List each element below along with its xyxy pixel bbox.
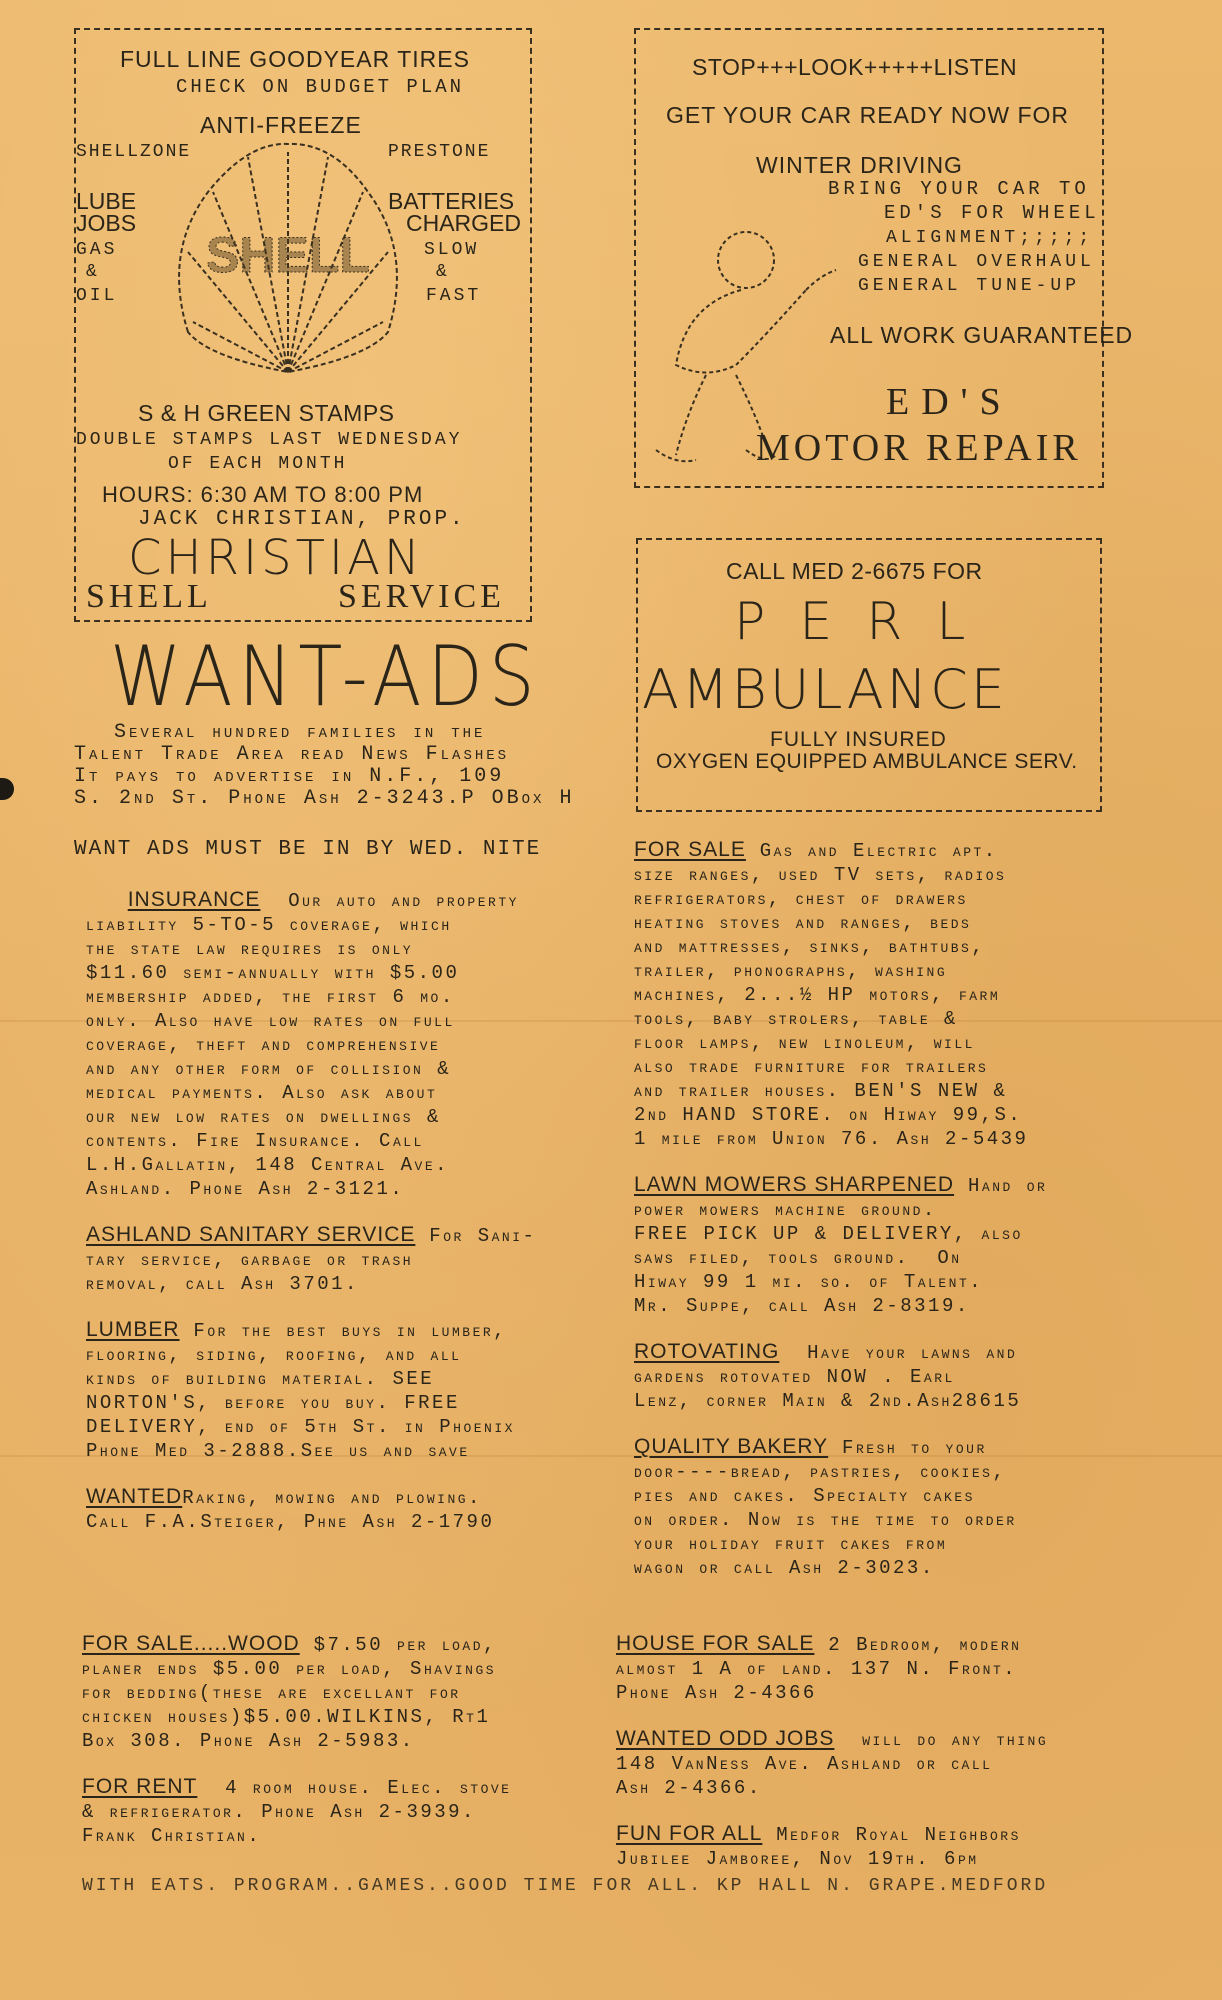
christian-shell-ad: FULL LINE GOODYEAR TIRES CHECK ON BUDGET…	[74, 28, 532, 622]
ad-line: and mattresses, sinks, bathtubs,	[634, 935, 1047, 959]
deadline-notice: WANT ADS MUST BE IN BY WED. NITE	[74, 838, 541, 861]
guarantee: ALL WORK GUARANTEED	[830, 322, 1133, 349]
ad-headline: STOP+++LOOK+++++LISTEN	[692, 54, 1017, 81]
ad-line: the state law requires is only	[86, 937, 536, 961]
ad-line: tools, baby strolers, table &	[634, 1007, 1047, 1031]
and-label: &	[86, 262, 99, 282]
right-column-ads: FOR SALE Gas and Electric apt.size range…	[634, 838, 1047, 1602]
ad-line: and any other form of collision &	[86, 1057, 536, 1081]
ad-line: also trade furniture for trailers	[634, 1055, 1047, 1079]
ad-label: QUALITY BAKERY	[634, 1435, 828, 1458]
ad-line: floor lamps, new linoleum, will	[634, 1031, 1047, 1055]
ad-line: Box 308. Phone Ash 2-5983.	[82, 1729, 511, 1753]
ad-line: tary service, garbage or trash	[86, 1248, 536, 1272]
hours: HOURS: 6:30 AM TO 8:00 PM	[102, 482, 423, 508]
classified-ad: ASHLAND SANITARY SERVICE For Sani-tary s…	[86, 1223, 536, 1296]
ad-line: Call F.A.Steiger, Phne Ash 2-1790	[86, 1510, 536, 1534]
classified-ad: LUMBER For the best buys in lumber,floor…	[86, 1318, 536, 1463]
ad-line: L.H.Gallatin, 148 Central Ave.	[86, 1153, 536, 1177]
perl-ambulance-ad: CALL MED 2-6675 FOR PERL AMBULANCE FULLY…	[636, 538, 1102, 812]
lube-label: LUBE	[76, 190, 136, 212]
ad-line: power mowers machine ground.	[634, 1198, 1047, 1222]
intro-line: S. 2nd St. Phone Ash 2-3243.P OBox H	[74, 788, 574, 810]
classified-ad: LAWN MOWERS SHARPENED Hand orpower mower…	[634, 1173, 1047, 1318]
bottom-right-ads: HOUSE FOR SALE 2 Bedroom, modernalmost 1…	[616, 1632, 1048, 1893]
ad-line: $11.60 semi-annually with $5.00	[86, 961, 536, 985]
service-word: SERVICE	[338, 578, 505, 616]
ad-line: machines, 2...½ HP motors, farm	[634, 983, 1047, 1007]
ad-label: WANTED ODD JOBS	[616, 1727, 834, 1750]
ad-line: 1 mile from Union 76. Ash 2-5439	[634, 1127, 1047, 1151]
ad-line: liability 5-TO-5 coverage, which	[86, 913, 536, 937]
ad-line: wagon or call Ash 2-3023.	[634, 1556, 1047, 1580]
svg-text:SHELL: SHELL	[206, 227, 370, 283]
ad-line: 2nd HAND STORE. on Hiway 99,S.	[634, 1103, 1047, 1127]
jobs-label: JOBS	[76, 212, 136, 234]
event-footer-line: WITH EATS. PROGRAM..GAMES..GOOD TIME FOR…	[82, 1876, 1048, 1896]
ad-line: saws filed, tools ground. On	[634, 1246, 1047, 1270]
want-ads-intro: Several hundred families in theTalent Tr…	[74, 722, 574, 810]
charged-label: CHARGED	[406, 212, 521, 234]
ad-line: your holiday fruit cakes from	[634, 1532, 1047, 1556]
ad-label: ASHLAND SANITARY SERVICE	[86, 1223, 415, 1246]
motor-repair: MOTOR REPAIR	[756, 426, 1082, 470]
ad-label: HOUSE FOR SALE	[616, 1632, 814, 1655]
ad-line: for bedding(these are excellant for	[82, 1681, 511, 1705]
proprietor: JACK CHRISTIAN, PROP.	[138, 508, 466, 531]
eds-motor-repair-ad: STOP+++LOOK+++++LISTEN GET YOUR CAR READ…	[634, 28, 1104, 488]
ad-line: FUN FOR ALL Medfor Royal Neighbors	[616, 1822, 1048, 1847]
ad-line: WANTEDRaking, mowing and plowing.	[86, 1485, 536, 1510]
and-label: &	[436, 262, 449, 282]
ad-line: ASHLAND SANITARY SERVICE For Sani-	[86, 1223, 536, 1248]
oil-label: OIL	[76, 286, 117, 306]
ad-line: removal, call Ash 3701.	[86, 1272, 536, 1296]
want-ads-title: WANT-ADS	[110, 628, 541, 725]
ad-line: Frank Christian.	[82, 1824, 511, 1848]
ad-line: FOR SALE Gas and Electric apt.	[634, 838, 1047, 863]
ad-line: ROTOVATING Have your lawns and	[634, 1340, 1047, 1365]
ad-label: INSURANCE	[128, 888, 261, 911]
ad-label: LAWN MOWERS SHARPENED	[634, 1173, 954, 1196]
ad-line: 148 VanNess Ave. Ashland or call	[616, 1752, 1048, 1776]
ad-line: Phone Ash 2-4366	[616, 1681, 1048, 1705]
ad-line: FREE PICK UP & DELIVERY, also	[634, 1222, 1047, 1246]
classified-ad: HOUSE FOR SALE 2 Bedroom, modernalmost 1…	[616, 1632, 1048, 1705]
fast-label: FAST	[426, 286, 481, 306]
ad-label: FUN FOR ALL	[616, 1822, 762, 1845]
ad-line: and trailer houses. BEN'S NEW &	[634, 1079, 1047, 1103]
ad-line: & refrigerator. Phone Ash 2-3939.	[82, 1800, 511, 1824]
classified-ad: WANTEDRaking, mowing and plowing.Call F.…	[86, 1485, 536, 1534]
ad-label: FOR SALE.....WOOD	[82, 1632, 300, 1655]
phone-line: CALL MED 2-6675 FOR	[726, 558, 983, 585]
classified-ad: FOR SALE Gas and Electric apt.size range…	[634, 838, 1047, 1151]
service-line: ALIGNMENT;;;;;	[886, 228, 1093, 248]
ad-line: INSURANCE Our auto and property	[86, 888, 536, 913]
classified-ad: ROTOVATING Have your lawns andgardens ro…	[634, 1340, 1047, 1413]
ad-line: contents. Fire Insurance. Call	[86, 1129, 536, 1153]
ad-line: chicken houses)$5.00.WILKINS, Rt1	[82, 1705, 511, 1729]
insured-line: FULLY INSURED	[770, 728, 947, 752]
intro-line: It pays to advertise in N.F., 109	[74, 766, 574, 788]
eds-name: ED'S	[886, 380, 1013, 424]
classified-ad: WANTED ODD JOBS will do any thing148 Van…	[616, 1727, 1048, 1800]
ad-line: WANTED ODD JOBS will do any thing	[616, 1727, 1048, 1752]
ad-line: pies and cakes. Specialty cakes	[634, 1484, 1047, 1508]
green-stamps: S & H GREEN STAMPS	[138, 400, 395, 427]
classified-ad: FOR RENT 4 room house. Elec. stove& refr…	[82, 1775, 511, 1848]
ad-line: kinds of building material. SEE	[86, 1367, 536, 1391]
gas-label: GAS	[76, 240, 117, 260]
ad-line: refrigerators, chest of drawers	[634, 887, 1047, 911]
ad-label: LUMBER	[86, 1318, 180, 1341]
ad-line: Lenz, corner Main & 2nd.Ash28615	[634, 1389, 1047, 1413]
ad-line: HOUSE FOR SALE 2 Bedroom, modern	[616, 1632, 1048, 1657]
service-line: ED'S FOR WHEEL	[884, 202, 1100, 224]
ad-label: FOR RENT	[82, 1775, 197, 1798]
intro-line: Several hundred families in the	[74, 722, 574, 744]
each-month: OF EACH MONTH	[168, 454, 347, 474]
ad-line: FOR SALE.....WOOD $7.50 per load,	[82, 1632, 511, 1657]
ad-subline: CHECK ON BUDGET PLAN	[176, 76, 464, 98]
ad-line: Mr. Suppe, call Ash 2-8319.	[634, 1294, 1047, 1318]
classified-ad: FUN FOR ALL Medfor Royal NeighborsJubile…	[616, 1822, 1048, 1871]
ad-line: Ash 2-4366.	[616, 1776, 1048, 1800]
classified-ad: QUALITY BAKERY Fresh to yourdoor----brea…	[634, 1435, 1047, 1580]
service-line: BRING YOUR CAR TO	[828, 178, 1090, 200]
ad-label: FOR SALE	[634, 838, 746, 861]
ad-line: DELIVERY, end of 5th St. in Phoenix	[86, 1415, 536, 1439]
ambulance-word: AMBULANCE	[642, 658, 1008, 721]
ad-line: LAWN MOWERS SHARPENED Hand or	[634, 1173, 1047, 1198]
ad-headline: FULL LINE GOODYEAR TIRES	[120, 46, 470, 73]
ad-line: LUMBER For the best buys in lumber,	[86, 1318, 536, 1343]
ad-line: gardens rotovated NOW . Earl	[634, 1365, 1047, 1389]
ad-line: heating stoves and ranges, beds	[634, 911, 1047, 935]
intro-line: Talent Trade Area read News Flashes	[74, 744, 574, 766]
ad-line: flooring, siding, roofing, and all	[86, 1343, 536, 1367]
service-line: GENERAL TUNE-UP	[858, 276, 1080, 296]
ad-line: Jubilee Jamboree, Nov 19th. 6pm	[616, 1847, 1048, 1871]
ad-line: NORTON'S, before you buy. FREE	[86, 1391, 536, 1415]
oxygen-line: OXYGEN EQUIPPED AMBULANCE SERV.	[656, 750, 1078, 774]
shell-logo-icon: SHELL	[168, 132, 408, 392]
ad-line: membership added, the first 6 mo.	[86, 985, 536, 1009]
classified-ad: INSURANCE Our auto and propertyliability…	[86, 888, 536, 1201]
ad-line: our new low rates on dwellings &	[86, 1105, 536, 1129]
left-column-ads: INSURANCE Our auto and propertyliability…	[86, 888, 536, 1556]
double-stamps: DOUBLE STAMPS LAST WEDNESDAY	[76, 430, 462, 450]
bottom-left-ads: FOR SALE.....WOOD $7.50 per load,planer …	[82, 1632, 511, 1870]
ad-line: coverage, theft and comprehensive	[86, 1033, 536, 1057]
ad-subline: GET YOUR CAR READY NOW FOR	[666, 102, 1069, 129]
ad-line: only. Also have low rates on full	[86, 1009, 536, 1033]
ad-line: Ashland. Phone Ash 2-3121.	[86, 1177, 536, 1201]
ad-line: FOR RENT 4 room house. Elec. stove	[82, 1775, 511, 1800]
ad-line: trailer, phonographs, washing	[634, 959, 1047, 983]
service-line: GENERAL OVERHAUL	[858, 252, 1095, 272]
ad-line: planer ends $5.00 per load, Shavings	[82, 1657, 511, 1681]
perl-name: PERL	[734, 592, 999, 652]
ad-line: door----bread, pastries, cookies,	[634, 1460, 1047, 1484]
slow-label: SLOW	[424, 240, 479, 260]
ad-line: QUALITY BAKERY Fresh to your	[634, 1435, 1047, 1460]
winter-driving: WINTER DRIVING	[756, 152, 963, 179]
shell-word: SHELL	[86, 578, 212, 616]
ad-line: Hiway 99 1 mi. so. of Talent.	[634, 1270, 1047, 1294]
binder-hole-mark	[0, 778, 14, 800]
classified-ad: FOR SALE.....WOOD $7.50 per load,planer …	[82, 1632, 511, 1753]
ad-line: almost 1 A of land. 137 N. Front.	[616, 1657, 1048, 1681]
ad-line: size ranges, used TV sets, radios	[634, 863, 1047, 887]
ad-line: medical payments. Also ask about	[86, 1081, 536, 1105]
ad-label: WANTED	[86, 1485, 182, 1508]
ad-line: on order. Now is the time to order	[634, 1508, 1047, 1532]
ad-line: Phone Med 3-2888.See us and save	[86, 1439, 536, 1463]
ad-label: ROTOVATING	[634, 1340, 779, 1363]
